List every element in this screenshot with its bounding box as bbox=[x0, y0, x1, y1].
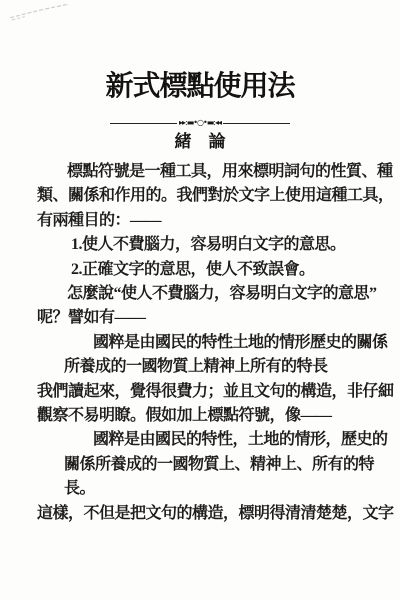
text-line: 觀察不易明瞭。假如加上標點符號，像—— bbox=[37, 404, 390, 428]
book-page: 新式標點使用法 ▸▸:▬•○•▬:◂◂ 緒 論 標點符號是一種工具，用來標明詞句… bbox=[0, 0, 400, 600]
text-line: 怎麼說“使人不費腦力，容易明白文字的意思” bbox=[67, 282, 390, 306]
text-line: 我們讀起來，覺得很費力；並且文句的構造，非仔細 bbox=[37, 380, 390, 404]
text-line: 類、關係和作用的。我們對於文字上使用這種工具， bbox=[37, 184, 390, 208]
text-line: 國粹是由國民的特性土地的情形歷史的關係 bbox=[93, 331, 390, 355]
divider-ornament: ▸▸:▬•○•▬:◂◂ bbox=[179, 119, 221, 127]
text-line: 有兩種目的：—— bbox=[37, 209, 390, 233]
divider-rule-left bbox=[110, 123, 177, 124]
text-line: 呢？譬如有—— bbox=[37, 306, 390, 330]
text-line: 1.使人不費腦力，容易明白文字的意思。 bbox=[71, 233, 390, 257]
text-line: 這樣，不但是把文句的構造，標明得清清楚楚，文字 bbox=[37, 502, 390, 526]
text-line: 國粹是由國民的特性，土地的情形，歷史的 bbox=[93, 428, 390, 452]
section-heading: 緒 論 bbox=[0, 133, 400, 152]
text-line: 所養成的一國物質上精神上所有的特長 bbox=[64, 355, 390, 379]
text-line: 標點符號是一種工具，用來標明詞句的性質、種 bbox=[67, 160, 390, 184]
text-line: 長。 bbox=[64, 477, 390, 501]
text-line: 2.正確文字的意思，使人不致誤會。 bbox=[71, 258, 390, 282]
page-title: 新式標點使用法 bbox=[0, 72, 400, 101]
title-divider: ▸▸:▬•○•▬:◂◂ bbox=[110, 118, 290, 128]
body-text: 標點符號是一種工具，用來標明詞句的性質、種 類、關係和作用的。我們對於文字上使用… bbox=[37, 160, 390, 526]
text-line: 關係所養成的一國物質上、精神上、所有的特 bbox=[64, 453, 390, 477]
divider-rule-right bbox=[223, 123, 290, 124]
pencil-scribble bbox=[7, 1, 72, 23]
